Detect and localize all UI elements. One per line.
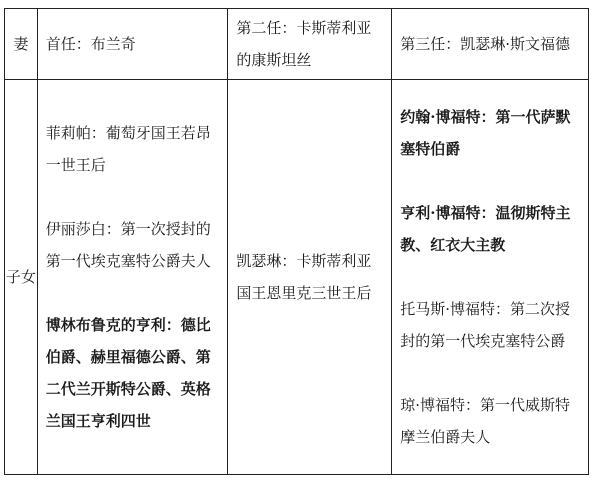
- child-entry: 亨利·博福特：温彻斯特主教、红衣大主教: [400, 197, 580, 261]
- row-label-children: 子女: [5, 80, 38, 475]
- row-label-wife: 妻: [5, 9, 38, 80]
- child-entry: 琼·博福特：第一代威斯特摩兰伯爵夫人: [400, 389, 580, 453]
- child-entry: 凯瑟琳：卡斯蒂利亚国王恩里克三世王后: [236, 245, 383, 309]
- child-entry: 菲莉帕：葡萄牙国王若昂一世王后: [46, 117, 220, 181]
- wife-2-children-cell: 凯瑟琳：卡斯蒂利亚国王恩里克三世王后: [228, 80, 392, 475]
- child-entry: 约翰·博福特：第一代萨默塞特伯爵: [400, 101, 580, 165]
- family-table: 妻 首任：布兰奇 第二任：卡斯蒂利亚的康斯坦丝 第三任：凯瑟琳·斯文福德 子女 …: [4, 8, 589, 475]
- child-entry: 博林布鲁克的亨利：德比伯爵、赫里福德公爵、第二代兰开斯特公爵、英格兰国王亨利四世: [46, 309, 220, 437]
- child-entry: 伊丽莎白：第一次授封的第一代埃克塞特公爵夫人: [46, 213, 220, 277]
- wife-3-cell: 第三任：凯瑟琳·斯文福德: [392, 9, 589, 80]
- children-row: 子女 菲莉帕：葡萄牙国王若昂一世王后 伊丽莎白：第一次授封的第一代埃克塞特公爵夫…: [5, 80, 589, 475]
- wife-3-children-cell: 约翰·博福特：第一代萨默塞特伯爵 亨利·博福特：温彻斯特主教、红衣大主教 托马斯…: [392, 80, 589, 475]
- wife-1-cell: 首任：布兰奇: [37, 9, 228, 80]
- header-row: 妻 首任：布兰奇 第二任：卡斯蒂利亚的康斯坦丝 第三任：凯瑟琳·斯文福德: [5, 9, 589, 80]
- wife-1-children-cell: 菲莉帕：葡萄牙国王若昂一世王后 伊丽莎白：第一次授封的第一代埃克塞特公爵夫人 博…: [37, 80, 228, 475]
- child-entry: 托马斯·博福特：第二次授封的第一代埃克塞特公爵: [400, 293, 580, 357]
- wife-2-cell: 第二任：卡斯蒂利亚的康斯坦丝: [228, 9, 392, 80]
